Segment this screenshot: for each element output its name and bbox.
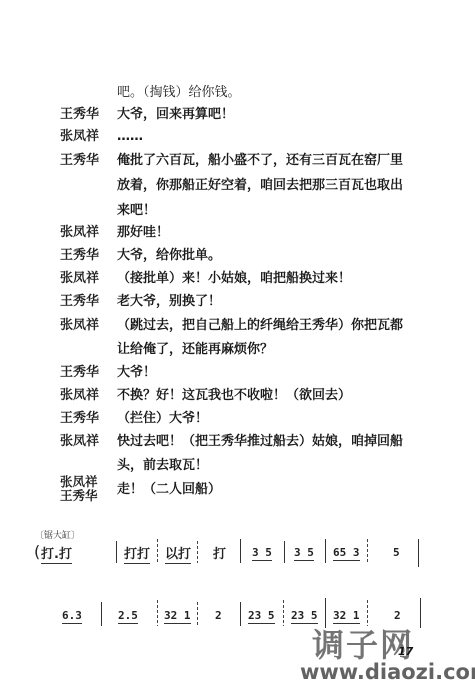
dialogue-text: 放着，你那船正好空着，咱回去把那三百瓦也取出	[117, 178, 403, 194]
speaker-name: 王秀华	[60, 489, 98, 502]
music-label: 〔锯大缸〕	[35, 528, 80, 541]
open-paren: (	[34, 542, 40, 561]
note: 23 5	[248, 609, 275, 624]
speaker-name: 王秀华	[60, 107, 99, 123]
dialogue-text: 头，前去取瓦！	[117, 458, 208, 474]
dialogue-text: 不换？好！这瓦我也不收啦！（欲回去）	[117, 388, 351, 404]
speaker-name: 张凤祥	[60, 129, 99, 145]
note: 6.3	[62, 609, 82, 624]
dialogue-text: （拦住）大爷！	[117, 411, 208, 427]
note: 打	[213, 543, 226, 562]
dialogue-text: 俺批了六百瓦，船小盛不了，还有三百瓦在窑厂里	[117, 153, 403, 169]
bar-line	[116, 541, 117, 563]
dialogue-text: 老大爷，别换了！	[117, 294, 221, 310]
bar-line	[367, 539, 368, 563]
note: 5	[393, 546, 400, 559]
score-page: 吧。（掏钱）给你钱。 王秀华 大爷，回来再算吧！ 张凤祥 …… 王秀华 俺批了六…	[0, 0, 475, 690]
bar-line	[418, 539, 419, 567]
bar-line	[101, 602, 102, 626]
bar-line	[157, 600, 158, 626]
note: 3 5	[252, 546, 272, 561]
note: 打打	[124, 543, 150, 564]
dialogue-text: 让给俺了，还能再麻烦你？	[117, 342, 273, 358]
bar-line	[240, 539, 241, 563]
note: 32 1	[164, 609, 191, 624]
speaker-name: 王秀华	[60, 153, 99, 169]
speaker-name: 张凤祥	[60, 225, 99, 241]
dialogue-text: 大爷，回来再算吧！	[117, 107, 234, 123]
dialogue-text: 快过去吧！（把王秀华推过船去）姑娘，咱掉回船	[117, 434, 403, 450]
page-number: 17	[398, 645, 413, 658]
dialogue-text: ……	[117, 129, 143, 145]
bar-line	[197, 602, 198, 626]
bar-line	[157, 539, 158, 563]
speaker-name: 王秀华	[60, 294, 99, 310]
bar-line	[197, 541, 198, 563]
dialogue-text: 大爷，给你批单。	[117, 248, 221, 264]
speaker-name: 王秀华	[60, 248, 99, 264]
speaker-name: 张凤祥	[60, 434, 99, 450]
dialogue-text: 走！（二人回船）	[117, 482, 221, 498]
dialogue-text: （接批单）来！小姑娘，咱把船换过来！	[117, 271, 351, 287]
note: 2.5	[118, 609, 138, 624]
speaker-name: 王秀华	[60, 411, 99, 427]
dialogue-text: 吧。（掏钱）给你钱。	[117, 85, 241, 101]
speaker-name: 张凤祥	[60, 475, 98, 488]
speaker-name: 张凤祥	[60, 271, 99, 287]
dialogue-text: 大爷！	[117, 365, 156, 381]
bar-line	[283, 600, 284, 626]
speaker-name: 张凤祥	[60, 388, 99, 404]
dialogue-text: 那好哇！	[117, 225, 169, 241]
dialogue-text: 来吧！	[117, 203, 156, 219]
bar-line	[325, 539, 326, 563]
note: 65 3	[333, 546, 360, 561]
note: 以打	[165, 543, 191, 564]
speaker-name: 张凤祥	[60, 318, 99, 334]
dialogue-text: （跳过去，把自己船上的纤绳给王秀华）你把瓦都	[117, 318, 403, 334]
bar-line	[284, 541, 285, 563]
speaker-name: 王秀华	[60, 365, 99, 381]
bar-line	[420, 598, 421, 628]
note: 2	[215, 609, 222, 622]
watermark-url: www.diaozi.com	[300, 660, 475, 684]
note: 3 5	[294, 546, 314, 561]
note: 打.打	[41, 543, 72, 564]
notation-row-1: ( 打.打 打打 以打 打 3 5 3 5 65 3 5	[0, 543, 475, 573]
bar-line	[240, 602, 241, 626]
